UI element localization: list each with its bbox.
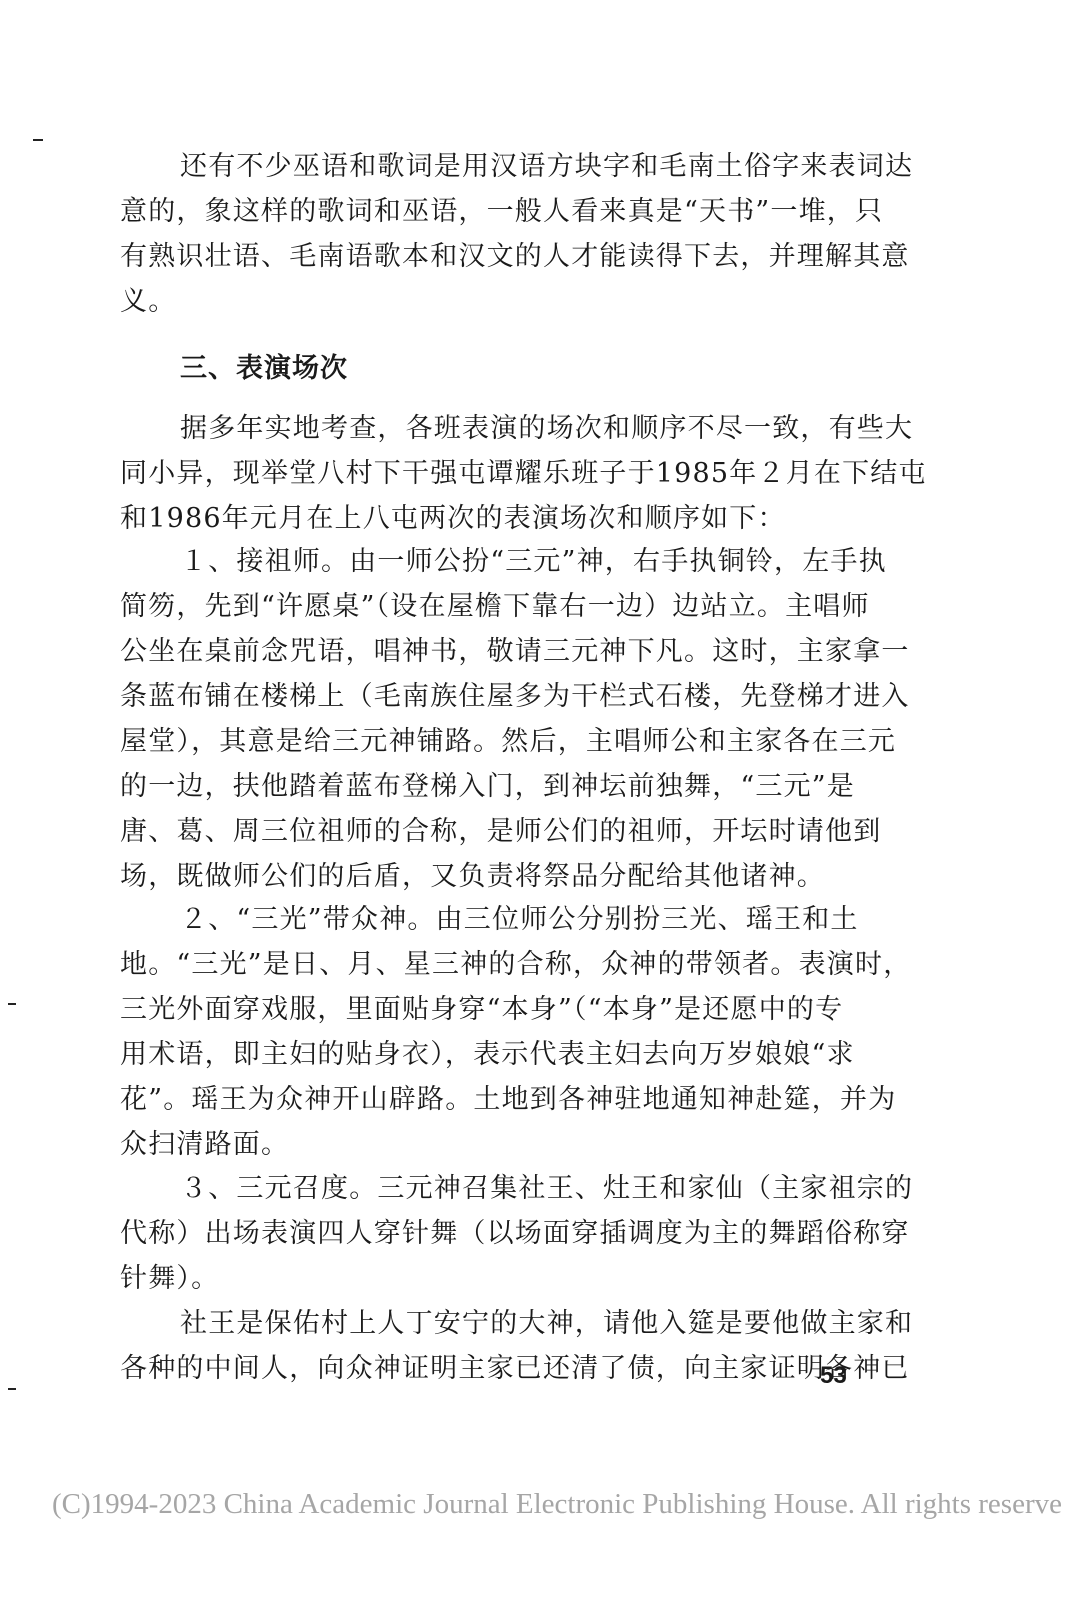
text-line: 社王是保佑村上人丁安宁的大神，请他入筵是要他做主家和 (180, 1307, 910, 1341)
text-line: 义。 (120, 285, 910, 319)
copyright-footer: (C)1994-2023 China Academic Journal Elec… (52, 1488, 1091, 1521)
document-page: 还有不少巫语和歌词是用汉语方块字和毛南土俗字来表词达 意的，象这样的歌词和巫语，… (0, 0, 1091, 1602)
text-line: 众扫清路面。 (120, 1128, 910, 1162)
text-line: 有熟识壮语、毛南语歌本和汉文的人才能读得下去，并理解其意 (120, 240, 910, 274)
text-line: 公坐在桌前念咒语，唱神书，敬请三元神下凡。这时，主家拿一 (120, 635, 910, 669)
text-line: 各种的中间人，向众神证明主家已还清了债，向主家证明各神已 (120, 1352, 910, 1386)
text-line: 屋堂），其意是给三元神铺路。然后，主唱师公和主家各在三元 (120, 725, 910, 759)
text-line: 场，既做师公们的后盾，又负责将祭品分配给其他诸神。 (120, 860, 910, 894)
text-line: 三光外面穿戏服，里面贴身穿“本身”（“本身”是还愿中的专 (120, 993, 910, 1027)
text-line: 花”。瑶王为众神开山辟路。土地到各神驻地通知神赴筵，并为 (120, 1083, 910, 1117)
text-line: 地。“三光”是日、月、星三神的合称，众神的带领者。表演时， (120, 948, 910, 982)
section-heading: 三、表演场次 (180, 352, 348, 386)
text-line: 唐、葛、周三位祖师的合称，是师公们的祖师，开坛时请他到 (120, 815, 910, 849)
text-line: 同小异，现举堂八村下干强屯谭耀乐班子于1985年２月在下结屯 (120, 457, 910, 491)
text-line: ３、三元召度。三元神召集社王、灶王和家仙（主家祖宗的 (180, 1172, 910, 1206)
text-line: 简笏，先到“许愿桌”（设在屋檐下靠右一边）边站立。主唱师 (120, 590, 910, 624)
text-line: 和1986年元月在上八屯两次的表演场次和顺序如下： (120, 502, 910, 536)
scan-mark (8, 1388, 16, 1390)
text-line: 代称）出场表演四人穿针舞（以场面穿插调度为主的舞蹈俗称穿 (120, 1217, 910, 1251)
text-line: 用术语，即主妇的贴身衣），表示代表主妇去向万岁娘娘“求 (120, 1038, 910, 1072)
scan-mark (8, 1003, 16, 1005)
scan-mark (33, 139, 43, 141)
text-line: 的一边，扶他踏着蓝布登梯入门，到神坛前独舞，“三元”是 (120, 770, 910, 804)
text-line: ２、“三光”带众神。由三位师公分别扮三光、瑶王和土 (180, 903, 910, 937)
text-line: 针舞）。 (120, 1262, 910, 1296)
text-line: 还有不少巫语和歌词是用汉语方块字和毛南土俗字来表词达 (180, 150, 910, 184)
page-number: 53 (820, 1362, 847, 1390)
text-line: 意的，象这样的歌词和巫语，一般人看来真是“天书”一堆，只 (120, 195, 910, 229)
text-line: 条蓝布铺在楼梯上（毛南族住屋多为干栏式石楼，先登梯才进入 (120, 680, 910, 714)
text-line: １、接祖师。由一师公扮“三元”神，右手执铜铃，左手执 (180, 545, 910, 579)
text-line: 据多年实地考查，各班表演的场次和顺序不尽一致，有些大 (180, 412, 910, 446)
